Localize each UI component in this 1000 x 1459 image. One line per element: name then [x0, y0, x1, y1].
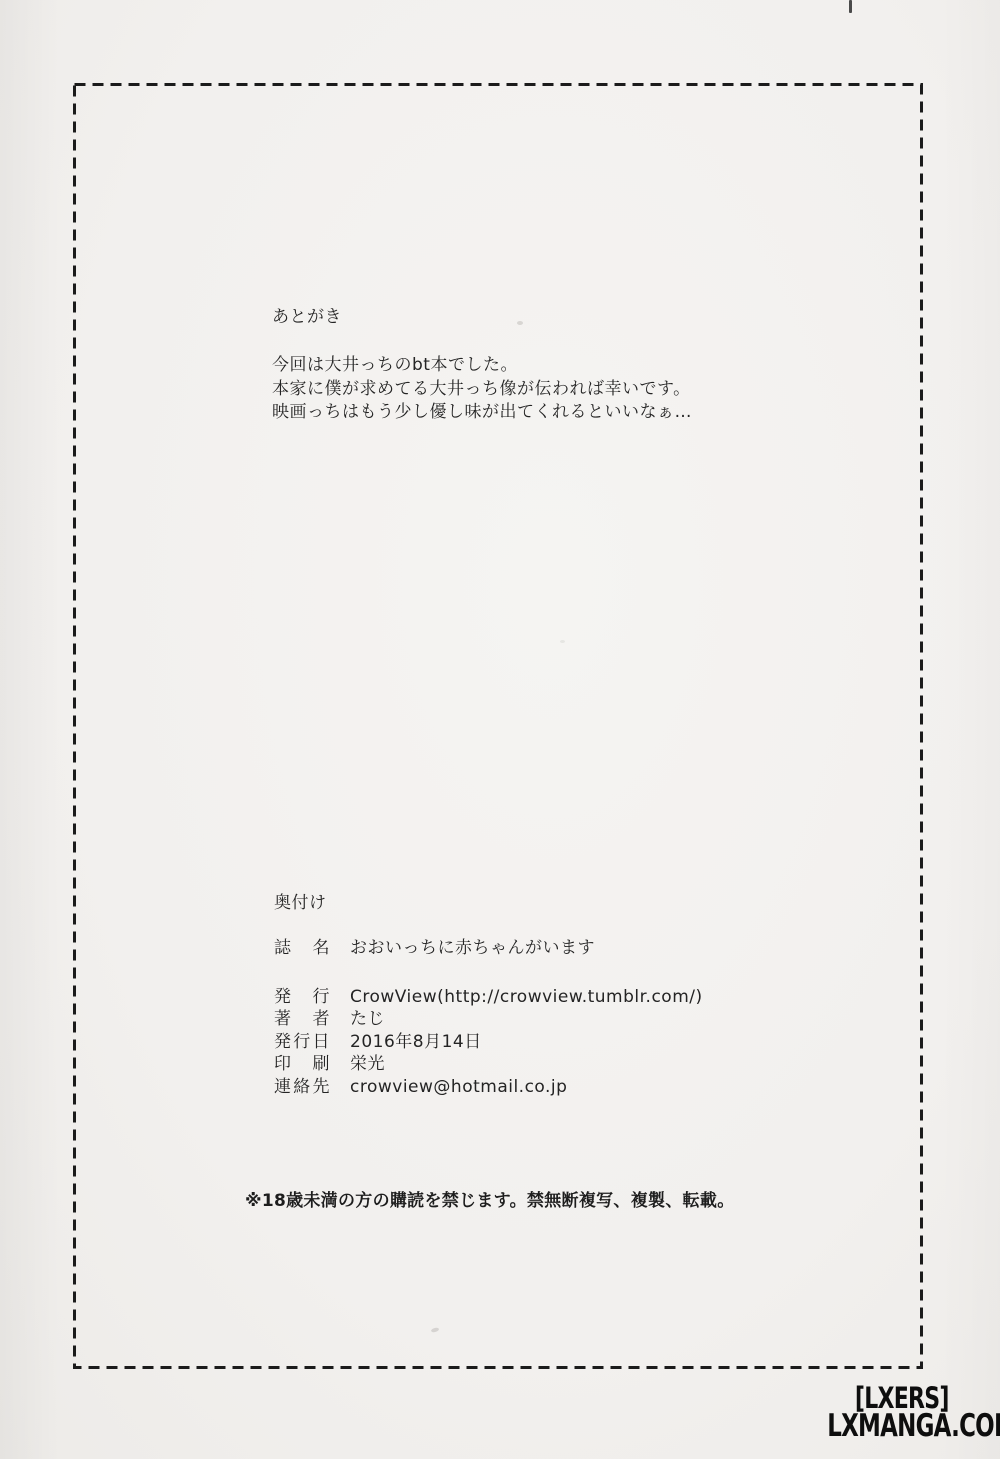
- afterword-line-1: 今回は大井っちのbt本でした。: [272, 354, 692, 378]
- printer-row: 印刷栄光: [274, 1053, 703, 1075]
- afterword-line-2: 本家に僕が求めてる大井っち像が伝われば幸いです。: [272, 378, 692, 402]
- colophon-info: 発行CrowView(http://crowview.tumblr.com/) …: [274, 986, 703, 1098]
- colophon-heading: 奥付け: [274, 892, 327, 916]
- contact-row: 連絡先crowview@hotmail.co.jp: [274, 1076, 703, 1098]
- scan-speck: [560, 640, 565, 643]
- contact-label: 連絡先: [274, 1076, 330, 1098]
- printer-label: 印刷: [274, 1053, 330, 1075]
- author-row: 著者たじ: [274, 1008, 703, 1030]
- author-value: たじ: [350, 1008, 385, 1030]
- site-watermark: [LXERS] LXMANGA.COM: [796, 1384, 996, 1441]
- printer-value: 栄光: [350, 1053, 385, 1075]
- dashed-border: [0, 0, 1000, 1459]
- book-title-row: 誌名おおいっちに赤ちゃんがいます: [274, 937, 595, 961]
- scanned-page: あとがき 今回は大井っちのbt本でした。 本家に僕が求めてる大井っち像が伝われば…: [0, 0, 1000, 1459]
- age-restriction-disclaimer: ※18歳未満の方の購読を禁じます。禁無断複写、複製、転載。: [245, 1186, 735, 1211]
- scan-speck: [517, 321, 523, 325]
- publisher-row: 発行CrowView(http://crowview.tumblr.com/): [274, 986, 703, 1008]
- publish-date-row: 発行日2016年8月14日: [274, 1031, 703, 1053]
- author-label: 著者: [274, 1008, 330, 1030]
- publish-date-label: 発行日: [274, 1031, 330, 1053]
- publisher-label: 発行: [274, 986, 330, 1008]
- scan-artifact: [849, 0, 852, 13]
- contact-value: crowview@hotmail.co.jp: [350, 1076, 567, 1098]
- publisher-value: CrowView(http://crowview.tumblr.com/): [350, 986, 703, 1008]
- afterword-line-3: 映画っちはもう少し優し味が出てくれるといいなぁ…: [272, 401, 692, 425]
- afterword-paragraph: 今回は大井っちのbt本でした。 本家に僕が求めてる大井っち像が伝われば幸いです。…: [272, 354, 692, 425]
- watermark-site-url: LXMANGA.COM: [827, 1412, 975, 1441]
- book-title: おおいっちに赤ちゃんがいます: [350, 937, 595, 961]
- book-title-label: 誌名: [274, 937, 330, 961]
- afterword-heading: あとがき: [272, 306, 342, 330]
- publish-date-value: 2016年8月14日: [350, 1031, 482, 1053]
